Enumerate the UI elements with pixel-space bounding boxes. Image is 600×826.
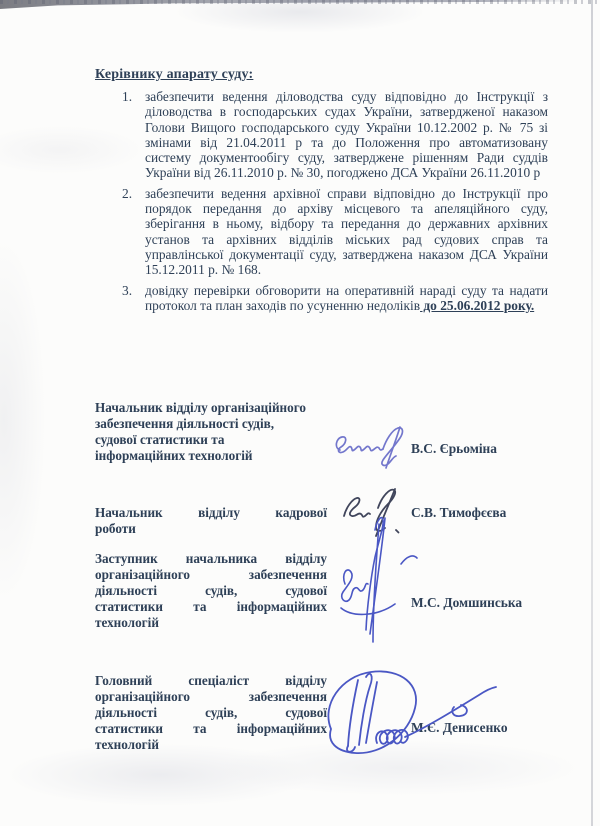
signatory-name-domshynska: М.С. Домшинська <box>411 595 522 611</box>
deadline-text: до 25.06.2012 року. <box>420 298 534 313</box>
signatory-title-yeromina: Начальник відділу організаційногозабезпе… <box>95 400 327 464</box>
list-item-3-number: 3. <box>122 283 132 298</box>
page-edge-shadow <box>591 0 593 826</box>
list-item-1: 1. забезпечити ведення діловодства суду … <box>145 89 548 181</box>
signatory-name-tymofieieva: С.В. Тимофєєва <box>411 505 506 521</box>
scanned-document-page: Керівнику апарату суду: 1. забезпечити в… <box>0 0 600 826</box>
addressee-heading: Керівнику апарату суду: <box>95 67 253 83</box>
list-item-2: 2. забезпечити ведення архівної справи в… <box>145 186 548 278</box>
signatory-title-domshynska: Заступник начальника відділуорганізаційн… <box>95 551 327 631</box>
scanner-edge-speckle <box>0 0 600 4</box>
signatory-title-denysenko: Головний спеціаліст відділуорганізаційно… <box>95 673 327 753</box>
list-item-2-number: 2. <box>122 186 132 201</box>
instructions-list: 1. забезпечити ведення діловодства суду … <box>145 89 548 318</box>
domshynska-signature <box>333 512 425 648</box>
list-item-3: 3. довідку перевірки обговорити на опера… <box>145 283 548 314</box>
list-item-2-text: забезпечити ведення архівної справи відп… <box>145 186 548 277</box>
list-item-1-number: 1. <box>122 89 132 104</box>
signatory-title-tymofieieva: Начальник відділу кадровоїроботи <box>95 505 327 537</box>
list-item-1-text: забезпечити ведення діловодства суду від… <box>145 89 548 180</box>
denysenko-signature <box>303 663 503 765</box>
yeromina-signature <box>330 424 430 472</box>
